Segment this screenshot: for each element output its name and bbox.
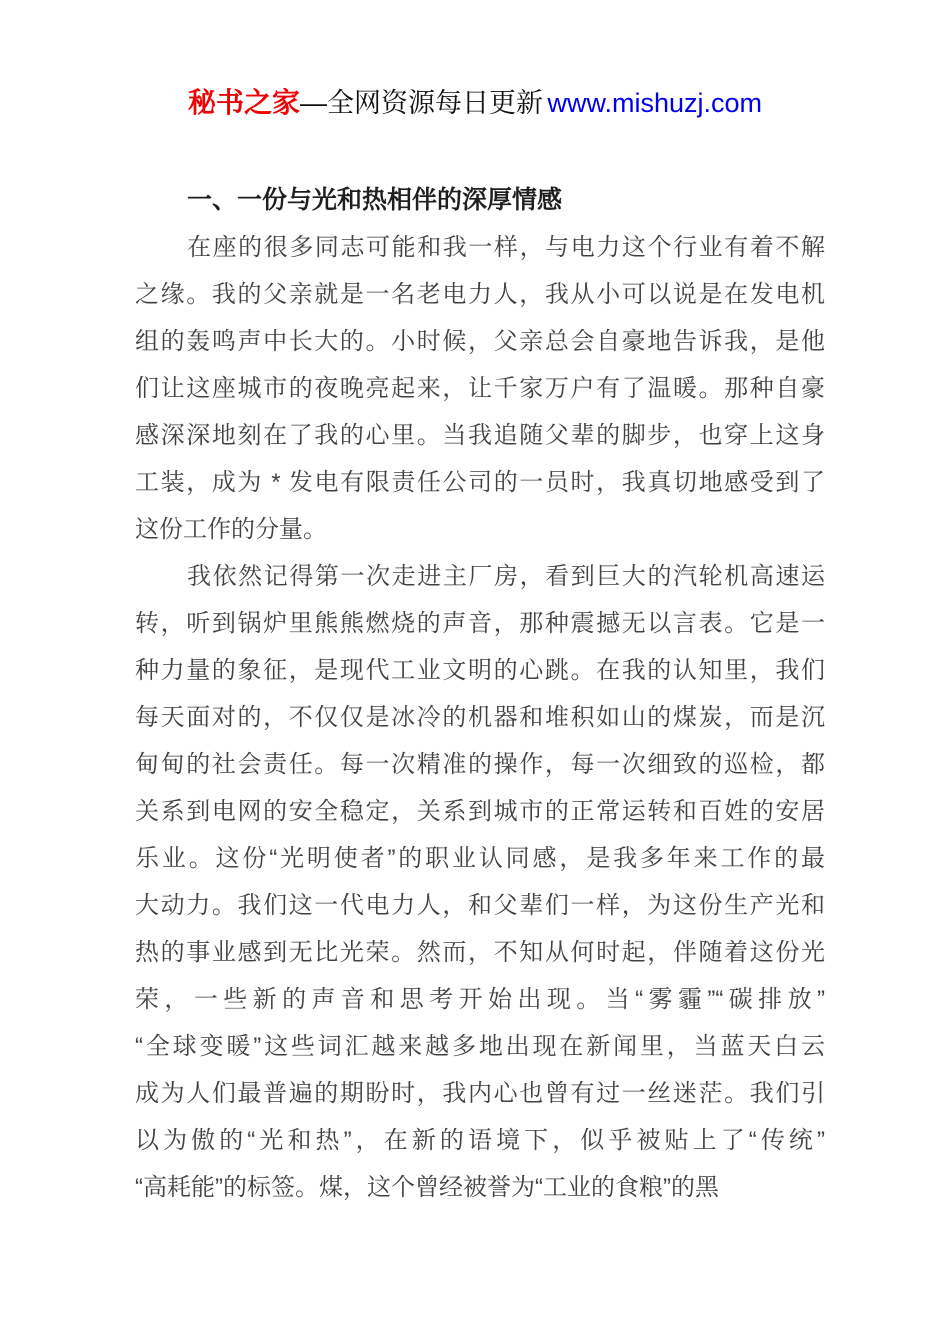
paragraph: 在座的很多同志可能和我一样，与电力这个行业有着不解 之缘。我的父亲就是一名老电力… <box>135 224 825 553</box>
section-heading: 一、一份与光和热相伴的深厚情感 <box>135 177 825 224</box>
paragraph-line: 们让这座城市的夜晚亮起来，让千家万户有了温暖。那种自豪 <box>135 365 825 412</box>
paragraph-line: 我依然记得第一次走进主厂房，看到巨大的汽轮机高速运 <box>135 553 825 600</box>
site-header: 秘书之家—全网资源每日更新 www.mishuzj.com <box>0 86 950 125</box>
paragraph-line: 转，听到锅炉里熊熊燃烧的声音，那种震撼无以言表。它是一 <box>135 600 825 647</box>
paragraph-line: 之缘。我的父亲就是一名老电力人，我从小可以说是在发电机 <box>135 271 825 318</box>
paragraph-line: 乐业。这份“光明使者”的职业认同感，是我多年来工作的最 <box>135 835 825 882</box>
paragraph-line: 大动力。我们这一代电力人，和父辈们一样，为这份生产光和 <box>135 882 825 929</box>
paragraph-line: 荣，一些新的声音和思考开始出现。当“雾霾”“碳排放” <box>135 976 825 1023</box>
paragraph-line: 组的轰鸣声中长大的。小时候，父亲总会自豪地告诉我，是他 <box>135 318 825 365</box>
paragraph-line: 种力量的象征，是现代工业文明的心跳。在我的认知里，我们 <box>135 647 825 694</box>
paragraph-line: 在座的很多同志可能和我一样，与电力这个行业有着不解 <box>135 224 825 271</box>
paragraph-line: 这份工作的分量。 <box>135 506 825 553</box>
site-url-link[interactable]: www.mishuzj.com <box>547 88 762 118</box>
paragraph-line: 以为傲的“光和热”，在新的语境下，似乎被贴上了“传统” <box>135 1117 825 1164</box>
paragraph-line: 关系到电网的安全稳定，关系到城市的正常运转和百姓的安居 <box>135 788 825 835</box>
paragraph-line: 成为人们最普遍的期盼时，我内心也曾有过一丝迷茫。我们引 <box>135 1070 825 1117</box>
paragraph-line: 工装，成为 * 发电有限责任公司的一员时，我真切地感受到了 <box>135 459 825 506</box>
document-body: 一、一份与光和热相伴的深厚情感 在座的很多同志可能和我一样，与电力这个行业有着不… <box>135 177 825 1211</box>
paragraph-line: 感深深地刻在了我的心里。当我追随父辈的脚步，也穿上这身 <box>135 412 825 459</box>
paragraph-line: “全球变暖”这些词汇越来越多地出现在新闻里，当蓝天白云 <box>135 1023 825 1070</box>
site-tagline: —全网资源每日更新 <box>300 88 543 118</box>
paragraph-line: “高耗能”的标签。煤，这个曾经被誉为“工业的食粮”的黑 <box>135 1164 825 1211</box>
document-page: { "page": { "width": 950, "height": 1344… <box>0 0 950 1344</box>
paragraph: 我依然记得第一次走进主厂房，看到巨大的汽轮机高速运 转，听到锅炉里熊熊燃烧的声音… <box>135 553 825 1211</box>
paragraph-line: 甸甸的社会责任。每一次精准的操作，每一次细致的巡检，都 <box>135 741 825 788</box>
paragraph-line: 热的事业感到无比光荣。然而，不知从何时起，伴随着这份光 <box>135 929 825 976</box>
paragraph-line: 每天面对的，不仅仅是冰冷的机器和堆积如山的煤炭，而是沉 <box>135 694 825 741</box>
site-brand: 秘书之家 <box>188 87 300 118</box>
